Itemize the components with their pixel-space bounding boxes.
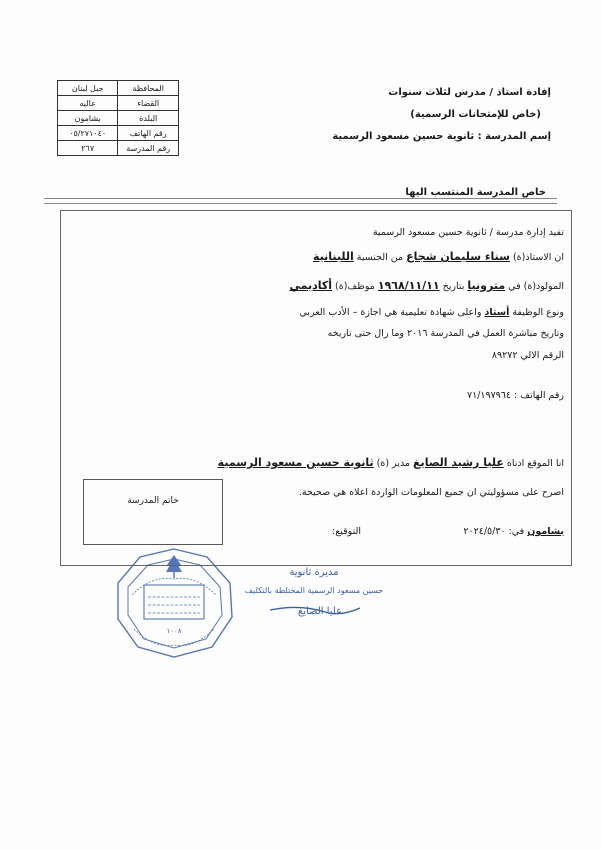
birthplace: مترونيا bbox=[467, 279, 505, 292]
phone-number: ٧١/١٩٧٩٦٤ bbox=[467, 390, 511, 401]
birth-prefix: المولود(ة) في bbox=[505, 281, 564, 292]
stamp-box-label: خاتم المدرسة bbox=[84, 496, 222, 506]
date-label: في: bbox=[506, 526, 528, 537]
label-school-number: رقم المدرسة bbox=[118, 141, 179, 156]
employee-prefix: موظف(ة) bbox=[332, 281, 378, 292]
teacher-prefix: ان الاستاذ(ة) bbox=[510, 252, 564, 263]
job-type: أستاذ bbox=[484, 307, 509, 318]
auto-number: ٨٩٢٧٢ bbox=[492, 350, 518, 361]
start-date-line: وتاريخ مباشرة العمل في المدرسة ٢٠١٦ وما … bbox=[328, 328, 564, 339]
birthdate: ١٩٦٨/١١/١١ bbox=[378, 279, 440, 292]
table-row: رقم الهاتف ٠٥/٢٧١٠٤٠ bbox=[58, 126, 179, 141]
document-header: إفادة استاذ / مدرس لثلاث سنوات (خاص للإم… bbox=[251, 82, 551, 148]
label-phone: رقم الهاتف bbox=[118, 126, 179, 141]
label-governorate: المحافظة bbox=[118, 81, 179, 96]
signer-name: عليا رشيد الصايغ bbox=[413, 456, 504, 469]
signer-school: ثانوية حسين مسعود الرسمية bbox=[218, 456, 374, 469]
employee-type: أكاديمي bbox=[289, 279, 332, 292]
value-school-number: ٢٦٧ bbox=[58, 141, 118, 156]
value-town: بشامون bbox=[58, 111, 118, 126]
school-name: ثانوية حسين مسعود الرسمية bbox=[332, 131, 474, 142]
place-date-line: بشامون في: ٢٠٢٤/٥/٣٠ bbox=[463, 526, 564, 537]
signature-stamp: مديرة ثانوية حسين مسعود الرسمية المختلطة… bbox=[230, 560, 398, 625]
label-district: القضاء bbox=[118, 96, 179, 111]
table-row: المحافظة جبل لبنان bbox=[58, 81, 179, 96]
auto-number-label: الرقم الالي bbox=[517, 350, 564, 361]
declaration-line: اصرح على مسؤوليتي ان جميع المعلومات الوا… bbox=[299, 487, 564, 498]
value-governorate: جبل لبنان bbox=[58, 81, 118, 96]
signer-title: مدير (ة) bbox=[374, 458, 413, 469]
school-name-line: إسم المدرسة : ثانوية حسين مسعود الرسمية bbox=[251, 126, 551, 148]
table-row: القضاء عاليه bbox=[58, 96, 179, 111]
section-heading: خاص المدرسة المنتسب اليها bbox=[405, 187, 546, 198]
school-info-table: المحافظة جبل لبنان القضاء عاليه البلدة ب… bbox=[57, 80, 179, 156]
date-prefix: بتاريخ bbox=[440, 281, 468, 292]
table-row: البلدة بشامون bbox=[58, 111, 179, 126]
sign-date: ٢٠٢٤/٥/٣٠ bbox=[463, 526, 505, 537]
phone-label: رقم الهاتف : bbox=[511, 390, 564, 401]
document-title: إفادة استاذ / مدرس لثلاث سنوات bbox=[251, 82, 551, 104]
birth-line: المولود(ة) في مترونيا بتاريخ ١٩٦٨/١١/١١ … bbox=[289, 279, 564, 292]
table-row: رقم المدرسة ٢٦٧ bbox=[58, 141, 179, 156]
auto-number-line: الرقم الالي ٨٩٢٧٢ bbox=[492, 350, 564, 361]
label-town: البلدة bbox=[118, 111, 179, 126]
administration-line: تفيد إدارة مدرسة / ثانوية حسين مسعود الر… bbox=[373, 227, 564, 238]
job-prefix: ونوع الوظيفة bbox=[509, 307, 564, 318]
qualification: واعلى شهادة تعليمية هي اجازة – الأدب الع… bbox=[299, 307, 484, 318]
signature-label: التوقيع: bbox=[332, 526, 361, 537]
school-label: إسم المدرسة : bbox=[474, 131, 551, 142]
teacher-name: سناء سليمان شجاع bbox=[406, 250, 510, 263]
school-stamp-box: خاتم المدرسة bbox=[83, 479, 223, 545]
document-subtitle: (خاص للإمتحانات الرسمية) bbox=[251, 104, 551, 126]
teacher-line: ان الاستاذ(ة) سناء سليمان شجاع من الجنسي… bbox=[313, 250, 564, 263]
official-round-stamp: ١٠٠٨ bbox=[112, 545, 237, 660]
nationality: اللبنانية bbox=[313, 250, 354, 263]
job-line: ونوع الوظيفة أستاذ واعلى شهادة تعليمية ه… bbox=[299, 307, 564, 318]
document-page: المحافظة جبل لبنان القضاء عاليه البلدة ب… bbox=[0, 0, 601, 850]
signature-stamp-line-1: مديرة ثانوية bbox=[289, 567, 338, 578]
signer-line: انا الموقع ادناه عليا رشيد الصايغ مدير (… bbox=[218, 456, 564, 469]
signature-stamp-line-2: حسين مسعود الرسمية المختلطة بالتكليف bbox=[245, 586, 384, 595]
nationality-prefix: من الجنسية bbox=[354, 252, 406, 263]
place: بشامون bbox=[527, 526, 564, 537]
phone-line: رقم الهاتف : ٧١/١٩٧٩٦٤ bbox=[467, 390, 564, 401]
signer-prefix: انا الموقع ادناه bbox=[504, 458, 564, 469]
value-phone: ٠٥/٢٧١٠٤٠ bbox=[58, 126, 118, 141]
section-divider bbox=[44, 198, 557, 204]
stamp-number: ١٠٠٨ bbox=[166, 627, 181, 635]
value-district: عاليه bbox=[58, 96, 118, 111]
